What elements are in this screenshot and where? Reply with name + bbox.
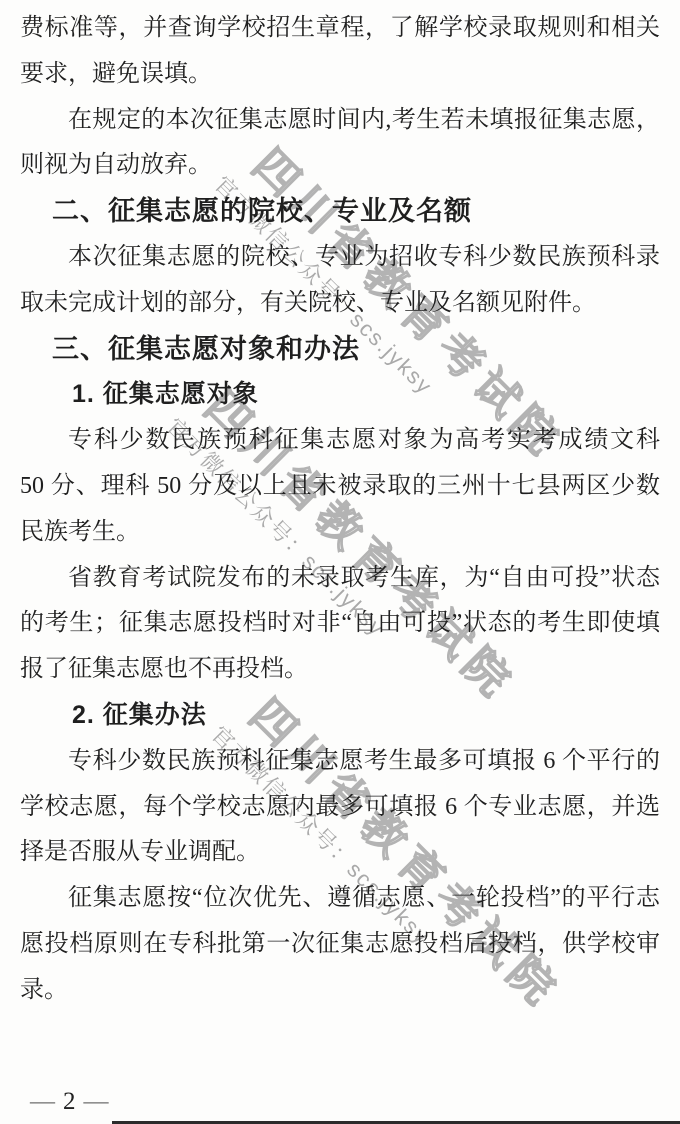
text-line: 录。 — [20, 968, 660, 1014]
text-line: 民族考生。 — [20, 510, 660, 556]
page-number: 2 — [63, 1088, 78, 1115]
text-line: 专科少数民族预科征集志愿对象为高考实考成绩文科 — [20, 418, 660, 464]
text-line: 择是否服从专业调配。 — [20, 830, 660, 876]
text-line: 愿投档原则在专科批第一次征集志愿投档后投档，供学校审 — [20, 922, 660, 968]
text-line: 专科少数民族预科征集志愿考生最多可填报 6 个平行的 — [20, 739, 660, 785]
text-line: 报了征集志愿也不再投档。 — [20, 647, 660, 693]
text-line: 省教育考试院发布的未录取考生库，为“自由可投”状态 — [20, 556, 660, 602]
text-line: 要求，避免误填。 — [20, 52, 660, 98]
page-footer: —2— — [24, 1088, 117, 1116]
section-heading: 三、征集志愿对象和办法 — [20, 327, 660, 373]
document-text: 费标准等，并查询学校招生章程，了解学校录取规则和相关要求，避免误填。在规定的本次… — [20, 6, 660, 1014]
text-line: 本次征集志愿的院校、专业为招收专科少数民族预科录 — [20, 235, 660, 281]
footer-left-dash: — — [24, 1088, 63, 1115]
section-heading: 二、征集志愿的院校、专业及名额 — [20, 189, 660, 235]
text-line: 学校志愿，每个学校志愿内最多可填报 6 个专业志愿，并选 — [20, 785, 660, 831]
text-line: 则视为自动放弃。 — [20, 143, 660, 189]
footer-right-dash: — — [78, 1088, 117, 1115]
sub-heading: 2. 征集办法 — [20, 693, 660, 739]
document-page: 四川省教育考试院官方微信公众号：scs.jyksy四川省教育考试院官方微信公众号… — [0, 0, 680, 1124]
text-line: 征集志愿按“位次优先、遵循志愿、一轮投档”的平行志 — [20, 876, 660, 922]
text-line: 在规定的本次征集志愿时间内,考生若未填报征集志愿， — [20, 98, 660, 144]
text-line: 50 分、理科 50 分及以上且未被录取的三州十七县两区少数 — [20, 464, 660, 510]
sub-heading: 1. 征集志愿对象 — [20, 372, 660, 418]
text-line: 取未完成计划的部分，有关院校、专业及名额见附件。 — [20, 281, 660, 327]
text-line: 的考生；征集志愿投档时对非“自由可投”状态的考生即使填 — [20, 601, 660, 647]
text-line: 费标准等，并查询学校招生章程，了解学校录取规则和相关 — [20, 6, 660, 52]
